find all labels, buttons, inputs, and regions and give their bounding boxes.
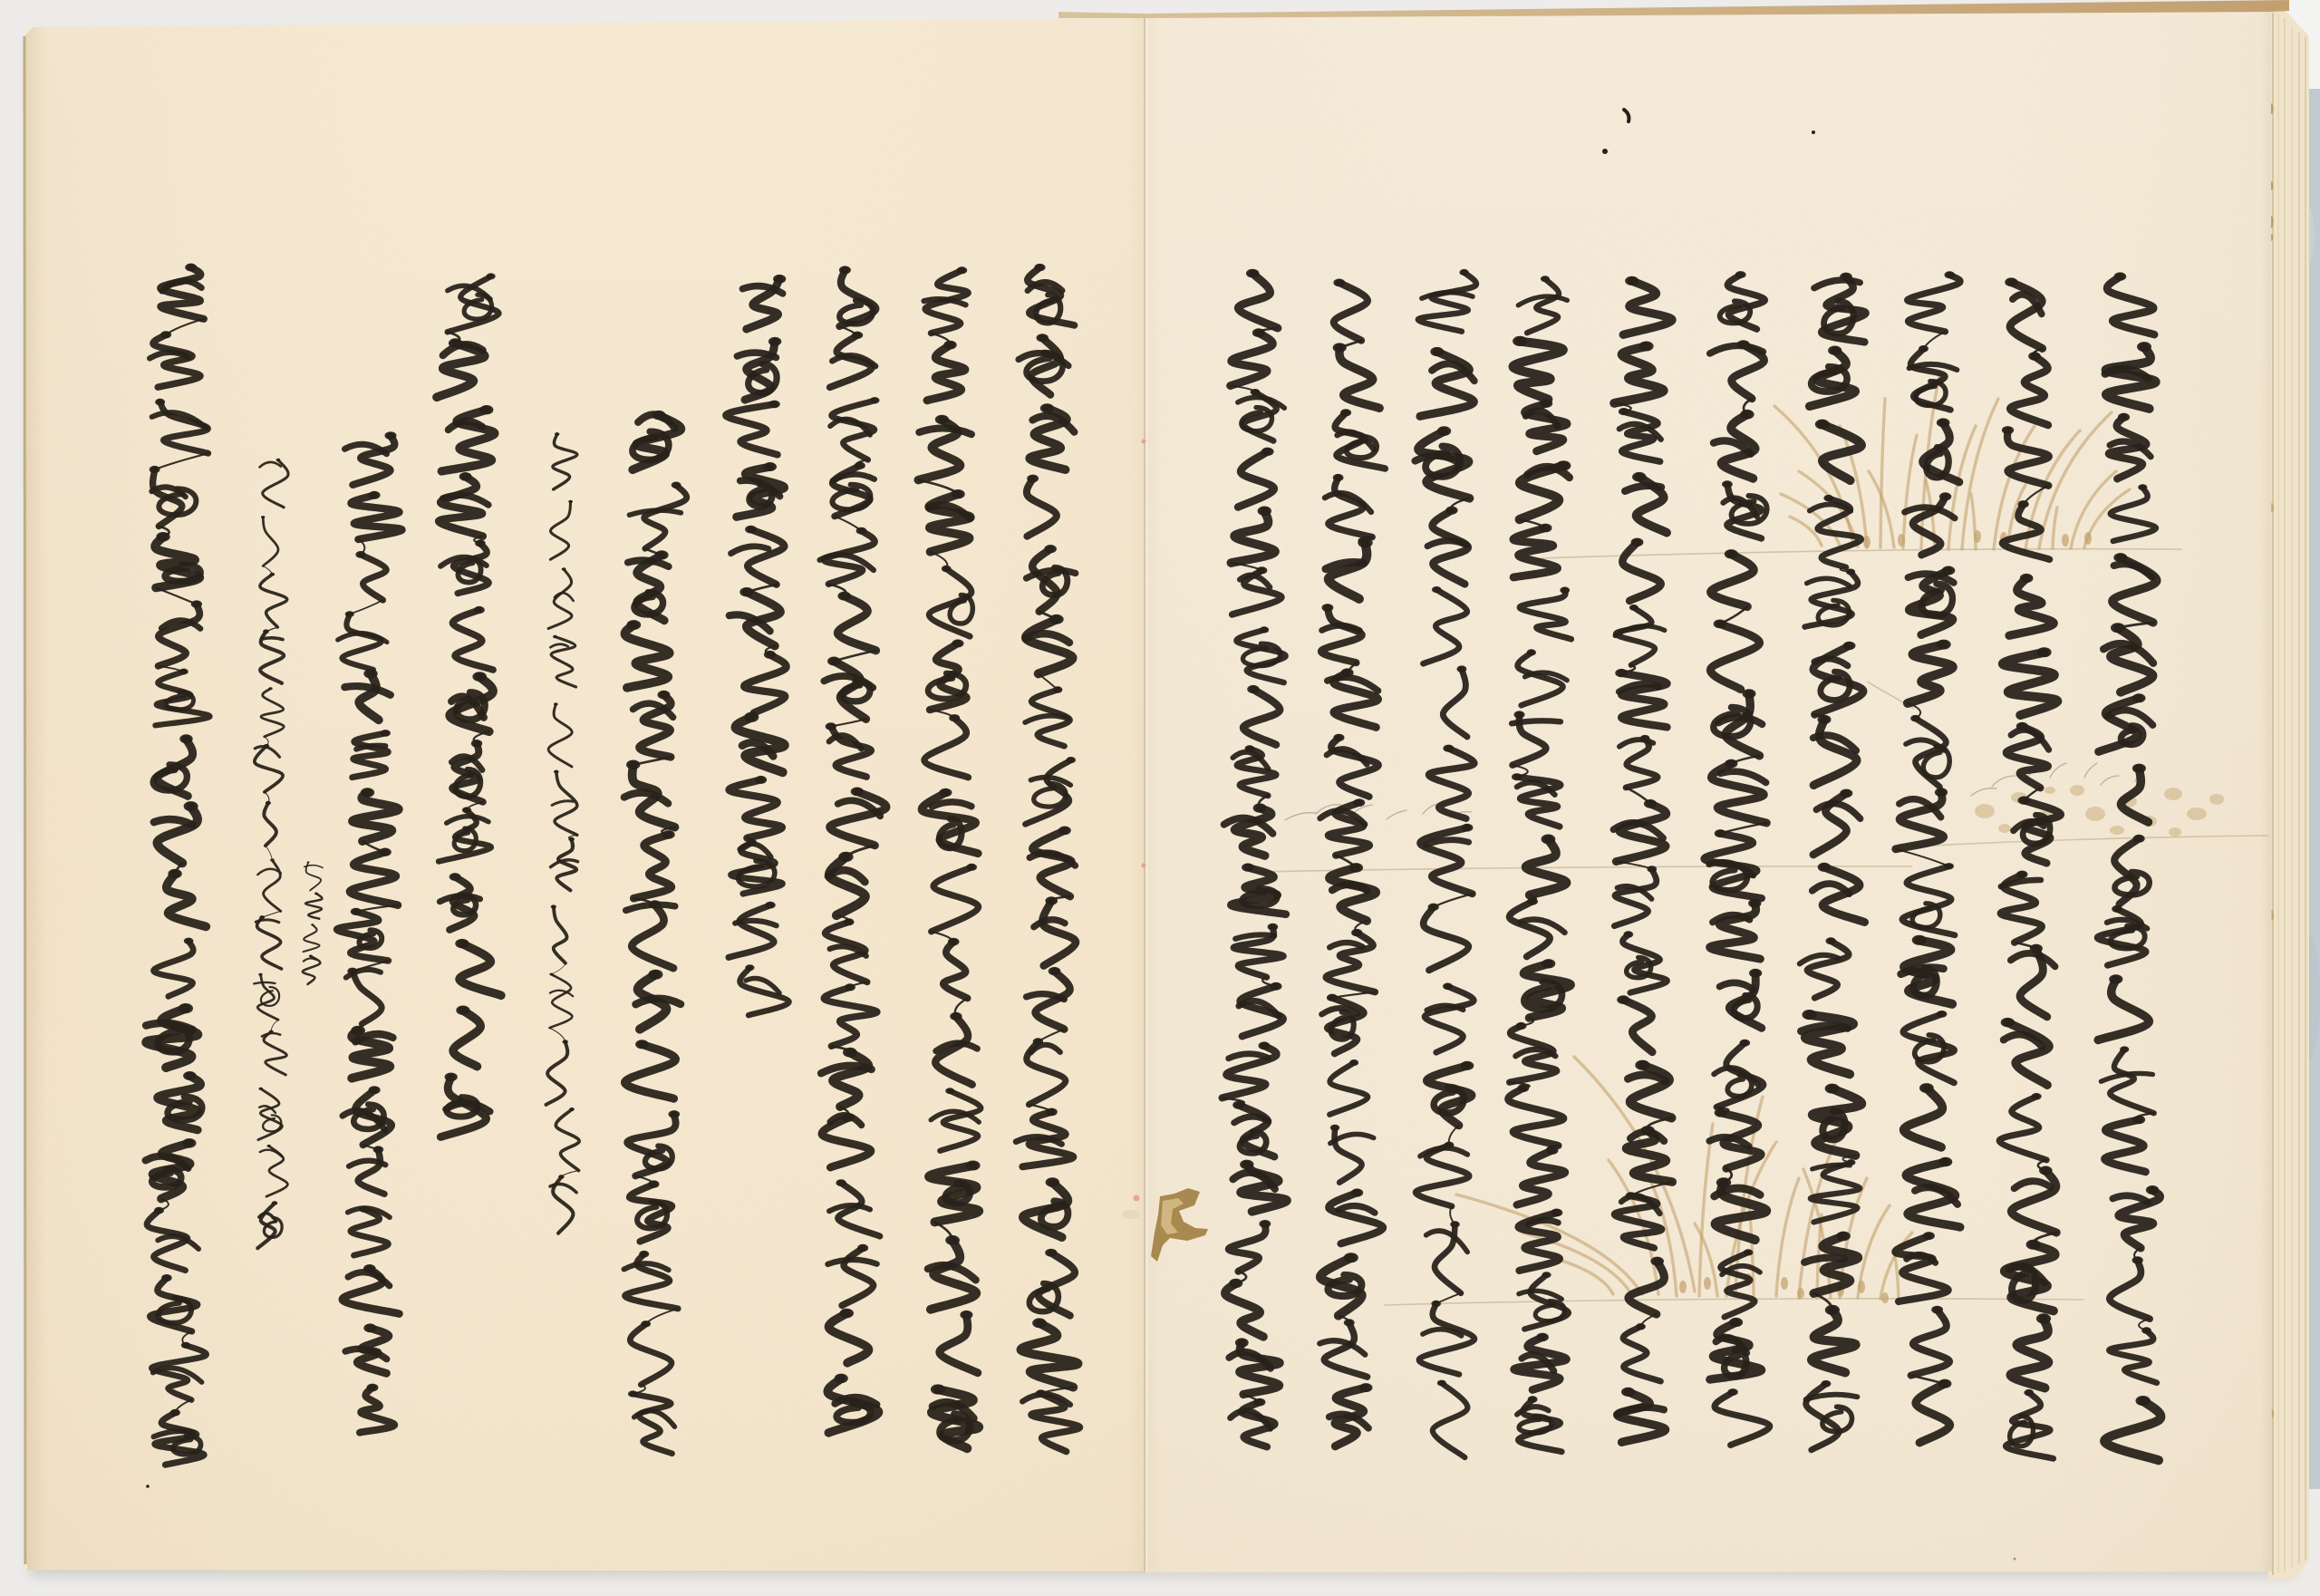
brush-entry <box>857 1244 868 1252</box>
brush-stroke <box>156 588 197 605</box>
brush-stroke <box>351 495 401 539</box>
brush-stroke <box>1026 619 1073 673</box>
brush-stroke <box>556 839 576 890</box>
brush-stroke <box>254 982 275 984</box>
brush-entry <box>487 273 496 279</box>
brush-entry <box>1046 1177 1059 1187</box>
brush-entry <box>952 639 963 647</box>
brush-entry <box>474 606 485 614</box>
brush-stroke <box>361 555 386 600</box>
brush-entry <box>369 491 381 499</box>
brush-stroke <box>353 733 389 778</box>
brush-entry <box>369 1086 381 1094</box>
brush-stroke <box>264 860 281 911</box>
brush-entry <box>160 331 171 338</box>
brush-stroke <box>943 942 968 998</box>
brush-entry <box>648 1180 659 1187</box>
brush-stroke <box>153 941 193 996</box>
brush-entry <box>1034 264 1045 271</box>
brush-entry <box>181 1342 190 1349</box>
brush-stroke <box>550 974 573 1028</box>
brush-stroke <box>550 1028 565 1041</box>
brush-entry <box>939 788 952 798</box>
brush-entry <box>449 873 461 881</box>
brush-stroke <box>353 793 399 842</box>
brush-stroke <box>359 673 379 720</box>
brush-stroke <box>151 1345 206 1399</box>
brush-entry <box>471 740 482 748</box>
brush-stroke <box>447 817 488 824</box>
brush-entry <box>966 1161 981 1171</box>
brush-stroke <box>548 704 572 767</box>
brush-stroke <box>348 1272 390 1286</box>
brush-stroke <box>1027 994 1065 1000</box>
brush-stroke <box>260 462 281 468</box>
calligraphy-strokes <box>536 431 591 1242</box>
brush-entry <box>626 760 640 770</box>
brush-entry <box>554 770 559 774</box>
brush-entry <box>870 397 880 403</box>
text-column: たりとせんつゆろくいつつまれしわく <box>999 265 1098 1461</box>
brush-entry <box>931 1384 945 1394</box>
brush-entry <box>950 1012 962 1020</box>
brush-entry <box>836 1179 846 1186</box>
brush-entry <box>1049 967 1061 975</box>
brush-stroke <box>932 867 979 932</box>
brush-entry <box>345 611 354 617</box>
brush-stroke <box>919 428 971 434</box>
marginal-annotation: 一段よ人 <box>296 861 329 986</box>
brush-stroke <box>842 1248 874 1306</box>
brush-entry <box>948 938 960 946</box>
brush-stroke <box>271 1020 278 1031</box>
brush-entry <box>258 973 262 976</box>
brush-stroke <box>748 529 785 585</box>
brush-stroke <box>256 920 279 923</box>
brush-entry <box>568 837 575 842</box>
brush-entry <box>943 341 956 350</box>
brush-stroke <box>263 517 278 566</box>
brush-stroke <box>630 1324 672 1385</box>
brush-stroke <box>737 353 776 357</box>
brush-entry <box>949 714 960 721</box>
brush-entry <box>161 1274 172 1282</box>
calligraphy-strokes <box>320 433 420 1445</box>
brush-entry <box>755 776 767 784</box>
brush-stroke <box>633 835 672 898</box>
brush-stroke <box>360 1388 394 1433</box>
brush-stroke <box>153 334 200 387</box>
brush-entry <box>843 1048 857 1058</box>
manuscript-photo: まいこわれつひさうてうへつれいとと くしやとさすめのやとらくわけまい めへとしつ… <box>0 0 2320 1596</box>
brush-entry <box>553 635 557 638</box>
brush-entry <box>276 459 281 461</box>
brush-entry <box>826 722 836 730</box>
brush-entry <box>764 651 776 659</box>
brush-stroke <box>453 1011 480 1067</box>
brush-stroke <box>257 869 281 875</box>
brush-stroke <box>343 614 382 670</box>
brush-entry <box>373 1146 384 1153</box>
brush-stroke <box>260 1150 282 1156</box>
brush-entry <box>351 908 362 915</box>
brush-entry <box>363 1323 376 1332</box>
brush-stroke <box>548 569 572 629</box>
calligraphy-strokes <box>999 265 1098 1461</box>
text-column: のりとしかてんはいわりて <box>710 276 809 1028</box>
brush-entry <box>385 431 397 440</box>
brush-entry <box>568 500 573 503</box>
brush-stroke <box>829 1313 869 1363</box>
brush-stroke <box>150 353 188 359</box>
brush-entry <box>935 415 949 424</box>
brush-entry <box>1053 686 1063 692</box>
brush-stroke <box>927 345 965 401</box>
brush-stroke <box>1027 479 1057 537</box>
brush-stroke <box>546 1042 568 1105</box>
brush-stroke <box>304 924 320 952</box>
text-column: とよとて色りてりりまいその世にゆつき <box>127 265 227 1477</box>
brush-entry <box>840 1309 854 1319</box>
brush-entry <box>267 1145 271 1147</box>
brush-entry <box>662 830 675 839</box>
brush-stroke <box>633 1394 672 1454</box>
brush-stroke <box>154 819 192 825</box>
brush-entry <box>945 1088 954 1094</box>
brush-entry <box>856 527 867 535</box>
brush-entry <box>739 587 753 596</box>
brush-stroke <box>646 1309 678 1324</box>
brush-stroke <box>459 943 501 995</box>
brush-entry <box>639 1251 649 1258</box>
brush-stroke <box>349 1161 385 1166</box>
brush-entry <box>355 551 365 558</box>
brush-entry <box>844 918 855 925</box>
brush-entry <box>839 266 851 274</box>
brush-entry <box>768 337 781 346</box>
brush-entry <box>563 1040 568 1043</box>
brush-entry <box>648 970 662 980</box>
brush-entry <box>179 1003 193 1013</box>
brush-stroke <box>166 319 204 334</box>
brush-entry <box>381 730 391 737</box>
brush-entry <box>641 1320 651 1327</box>
brush-entry <box>851 788 864 797</box>
brush-stroke <box>837 596 875 651</box>
brush-stroke <box>550 644 567 648</box>
brush-stroke <box>829 856 865 915</box>
brush-stroke <box>940 1315 978 1373</box>
brush-entry <box>367 1384 379 1392</box>
brush-entry <box>1044 545 1057 553</box>
brush-stroke <box>632 904 673 968</box>
brush-entry <box>960 1311 972 1320</box>
brush-entry <box>154 1207 164 1214</box>
brush-stroke <box>739 861 775 886</box>
brush-entry <box>635 1040 649 1049</box>
brush-stroke <box>167 874 207 926</box>
brush-stroke <box>1025 716 1068 722</box>
brush-stroke <box>1031 338 1060 395</box>
brush-stroke <box>358 1149 384 1194</box>
brush-entry <box>835 1374 848 1384</box>
brush-entry <box>945 1235 960 1245</box>
brush-entry <box>763 462 777 471</box>
brush-entry <box>363 669 377 679</box>
calligraphy-strokes <box>127 265 227 1477</box>
brush-entry <box>669 1110 681 1118</box>
left-page-text: たりとせんつゆろくいつつまれしわく とゆつるみかわのとつくりてあって ゆちらそれ… <box>0 0 2320 1596</box>
brush-stroke <box>551 963 565 974</box>
brush-stroke <box>351 1209 389 1255</box>
brush-entry <box>745 526 757 534</box>
brush-stroke <box>1020 1323 1078 1388</box>
brush-stroke <box>834 651 875 662</box>
brush-stroke <box>158 807 198 864</box>
brush-stroke <box>304 958 316 961</box>
brush-stroke <box>625 625 670 688</box>
brush-stroke <box>950 595 972 624</box>
brush-stroke <box>264 1031 286 1075</box>
brush-entry <box>266 801 271 805</box>
brush-entry <box>179 734 192 743</box>
brush-entry <box>272 1201 278 1205</box>
brush-stroke <box>553 434 577 489</box>
brush-entry <box>562 567 566 570</box>
calligraphy-strokes <box>296 861 329 986</box>
brush-entry <box>1045 896 1058 904</box>
brush-entry <box>1037 334 1049 342</box>
brush-entry <box>1049 614 1064 624</box>
brush-stroke <box>552 801 573 806</box>
brush-entry <box>855 462 865 469</box>
brush-entry <box>182 1138 196 1148</box>
brush-stroke <box>260 575 287 627</box>
brush-stroke <box>1032 830 1071 896</box>
brush-stroke <box>1031 1394 1080 1452</box>
brush-stroke <box>262 1033 280 1036</box>
brush-entry <box>168 869 181 879</box>
brush-stroke <box>726 404 778 455</box>
calligraphy-strokes <box>244 458 298 1258</box>
brush-entry <box>549 973 553 976</box>
brush-stroke <box>160 402 208 454</box>
brush-stroke <box>261 689 284 737</box>
brush-entry <box>827 657 841 666</box>
brush-entry <box>628 1390 638 1397</box>
brush-entry <box>1058 827 1071 836</box>
brush-entry <box>270 573 275 576</box>
text-column: とゆつるみかわのとつくりてあって <box>902 267 1001 1461</box>
brush-stroke <box>836 1404 870 1423</box>
brush-stroke <box>833 1052 868 1107</box>
brush-entry <box>445 1073 458 1082</box>
brush-stroke <box>439 477 483 537</box>
brush-stroke <box>1042 901 1076 966</box>
calligraphy-strokes <box>802 267 902 1441</box>
brush-entry <box>261 516 265 518</box>
brush-stroke <box>833 474 875 480</box>
brush-stroke <box>160 267 204 319</box>
brush-entry <box>1032 1318 1047 1328</box>
brush-entry <box>845 983 855 991</box>
brush-stroke <box>452 610 493 670</box>
brush-stroke <box>828 1260 877 1264</box>
brush-entry <box>569 1108 575 1111</box>
brush-stroke <box>257 917 282 969</box>
brush-entry <box>672 482 681 488</box>
brush-stroke <box>262 911 281 917</box>
brush-entry <box>768 401 779 409</box>
brush-stroke <box>159 605 200 666</box>
brush-entry <box>185 264 197 272</box>
brush-stroke <box>924 718 968 778</box>
brush-entry <box>554 702 558 705</box>
brush-entry <box>626 620 641 630</box>
brush-stroke <box>1041 1201 1068 1227</box>
brush-entry <box>314 893 318 895</box>
brush-stroke <box>305 894 322 919</box>
brush-entry <box>942 566 952 572</box>
brush-entry <box>184 938 194 944</box>
brush-entry <box>966 864 977 871</box>
brush-stroke <box>644 485 687 548</box>
text-column-small: ゆうつうしくわくらそてう <box>536 431 591 1242</box>
brush-entry <box>183 1071 197 1080</box>
text-column: これらちすくのやさまもわとひとある <box>320 433 420 1445</box>
brush-entry <box>1040 403 1054 412</box>
brush-stroke <box>744 654 787 712</box>
brush-entry <box>658 691 671 700</box>
brush-entry <box>170 1409 180 1417</box>
text-column: ゆくとくつうえくすてくしあ <box>417 274 517 1141</box>
brush-entry <box>361 788 374 798</box>
brush-entry <box>307 861 310 863</box>
brush-stroke <box>824 987 877 1046</box>
brush-entry <box>838 852 853 862</box>
text-column-small: あうつてしいこうしひとさめま <box>244 458 298 1258</box>
brush-entry <box>558 1175 565 1179</box>
brush-entry <box>311 924 314 925</box>
brush-entry <box>551 904 556 908</box>
brush-stroke <box>731 547 768 554</box>
brush-stroke <box>155 453 208 469</box>
brush-stroke <box>350 600 383 614</box>
brush-entry <box>837 592 851 601</box>
brush-entry <box>179 669 188 675</box>
brush-entry <box>957 266 968 274</box>
brush-entry <box>1027 475 1039 483</box>
brush-entry <box>263 629 269 634</box>
brush-entry <box>475 539 486 547</box>
brush-stroke <box>155 672 209 725</box>
calligraphy-strokes <box>603 412 702 1461</box>
brush-stroke <box>729 905 774 958</box>
brush-entry <box>462 807 471 813</box>
text-column: ゆちらそれいわけいまれしてまつわつぬ <box>802 267 902 1441</box>
brush-stroke <box>556 1109 579 1171</box>
brush-entry <box>655 550 669 559</box>
brush-entry <box>309 955 313 958</box>
brush-stroke <box>842 681 870 701</box>
brush-entry <box>156 532 169 542</box>
brush-entry <box>259 1088 264 1090</box>
brush-stroke <box>1031 1045 1060 1053</box>
brush-stroke <box>550 502 570 560</box>
brush-entry <box>1045 1249 1057 1257</box>
brush-stroke <box>624 1044 675 1098</box>
brush-entry <box>150 466 160 473</box>
brush-entry <box>459 472 472 481</box>
brush-stroke <box>933 802 971 807</box>
brush-stroke <box>838 1183 880 1236</box>
brush-stroke <box>263 460 288 508</box>
brush-entry <box>852 332 863 339</box>
calligraphy-strokes <box>417 274 517 1141</box>
brush-entry <box>270 858 275 861</box>
brush-entry <box>268 687 272 690</box>
brush-entry <box>191 600 202 607</box>
brush-stroke <box>353 971 382 1023</box>
brush-stroke <box>264 803 276 846</box>
brush-entry <box>472 672 487 682</box>
text-column: まやこしもやいさもへゆもゆもと <box>603 412 702 1461</box>
brush-entry <box>184 801 198 811</box>
brush-entry <box>765 902 775 909</box>
brush-entry <box>456 1006 469 1015</box>
brush-entry <box>773 275 786 284</box>
brush-stroke <box>266 846 273 860</box>
brush-entry <box>1046 1108 1058 1117</box>
brush-entry <box>1066 757 1076 763</box>
brush-entry <box>479 405 493 414</box>
brush-stroke <box>730 779 783 837</box>
brush-entry <box>745 964 754 971</box>
brush-entry <box>744 712 759 722</box>
calligraphy-strokes <box>902 267 1001 1461</box>
calligraphy-strokes <box>710 276 809 1028</box>
brush-entry <box>155 399 165 406</box>
brush-stroke <box>626 904 675 910</box>
brush-entry <box>952 489 965 498</box>
brush-stroke <box>350 852 398 905</box>
brush-entry <box>555 432 559 436</box>
brush-stroke <box>262 638 283 640</box>
brush-stroke <box>740 968 789 1016</box>
brush-stroke <box>742 286 782 294</box>
brush-stroke <box>554 907 567 963</box>
brush-entry <box>379 848 391 856</box>
brush-entry <box>455 939 469 948</box>
brush-stroke <box>255 746 283 792</box>
